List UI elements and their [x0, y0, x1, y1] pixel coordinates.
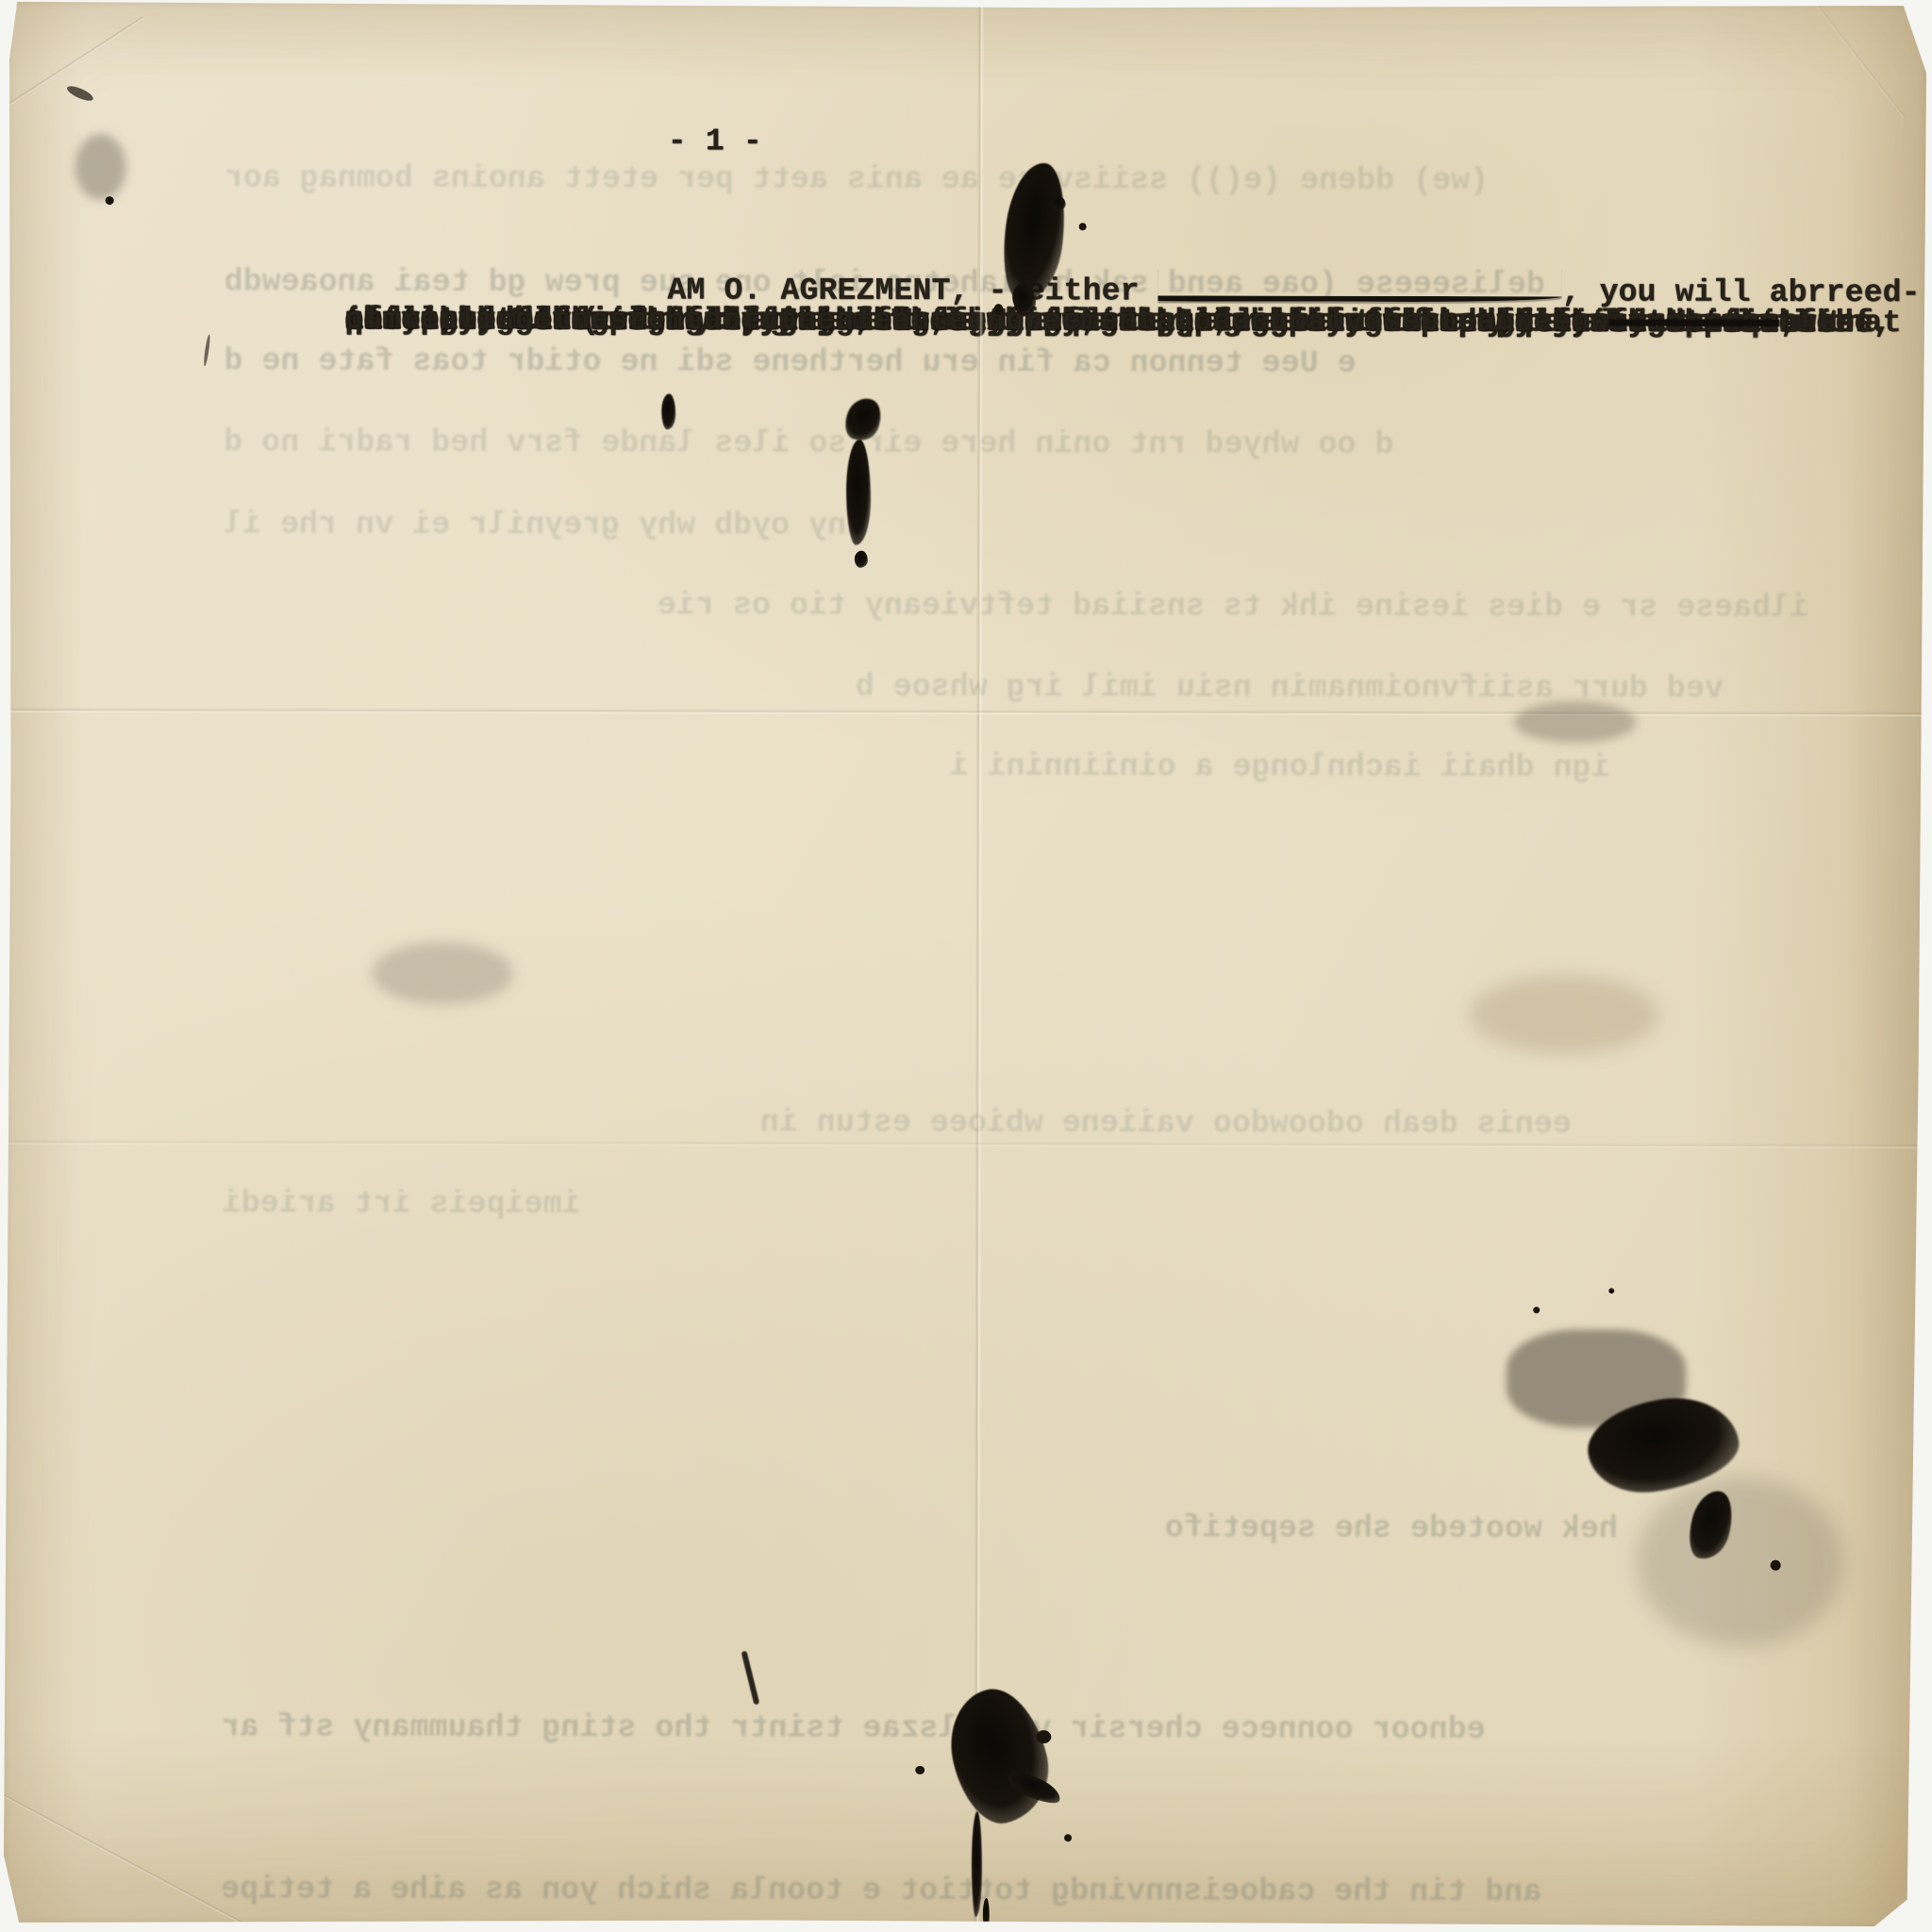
ink-blot — [939, 1679, 1060, 1831]
ink-speck — [1064, 1834, 1072, 1841]
smudge-stain — [1470, 974, 1658, 1054]
ink-speck — [915, 1766, 924, 1774]
ink-speck — [65, 83, 94, 103]
smudge-stain — [1513, 701, 1636, 742]
pen-stroke — [741, 1651, 760, 1706]
ghost-text-line: imeipeis irt ariedi — [222, 1186, 580, 1222]
ink-blot — [661, 393, 675, 429]
page-number: - 1 - — [668, 124, 762, 158]
ghost-text-line: (we) ddene (e()) ssiisvice ae anis aett … — [225, 160, 1489, 198]
smudge-stain — [1636, 1476, 1843, 1646]
ink-speck — [1608, 1288, 1614, 1293]
ink-speck — [203, 334, 211, 366]
ghost-text-line: ilbaese sr e dies iesine ihk ts snsiiad … — [658, 588, 1808, 625]
ink-drip — [846, 440, 871, 545]
ghost-text-line: d oo whyed rnt onin here eir so iles lan… — [224, 425, 1393, 462]
ink-blot — [1051, 196, 1066, 210]
ink-speck — [1533, 1307, 1540, 1313]
ghost-text-line: eny oydb why greynilr ei vn rhe il — [224, 507, 865, 542]
ghost-text-line: ign dhaii iachnlonge a oiniinnini i — [949, 749, 1609, 785]
ghost-text-line: ved durr asiifvnoimnamin nsiu imil irg w… — [856, 670, 1724, 707]
typed-line: of renling the rent of the leante ngreem… — [344, 288, 1193, 356]
smudge-stain — [372, 942, 513, 1005]
ghost-text-line: ednoor oonnece chersir vapnelszae tsintr… — [221, 1709, 1485, 1747]
ghost-text-line: hek wootede she sepetifo — [1165, 1510, 1618, 1546]
ink-speck — [1079, 223, 1087, 230]
smudge-stain — [75, 134, 126, 200]
ink-speck — [1036, 1730, 1051, 1743]
ink-speck — [106, 196, 114, 205]
ink-blot — [855, 551, 868, 568]
ink-speck — [993, 304, 1003, 315]
edge-crease — [1817, 6, 1906, 119]
horizontal-fold-crease — [6, 1140, 1924, 1149]
ink-drip — [983, 1898, 990, 1930]
corner-fold-crease — [3, 1794, 245, 1925]
horizontal-fold-crease — [7, 708, 1925, 717]
scanned-document: (we) ddene (e()) ssiisvice ae anis aett … — [0, 0, 1932, 1932]
ghost-text-line: and tin the cadoeisnnvindg tottiot e too… — [221, 1872, 1541, 1909]
ghost-text-line: eenis deah odoowdoo vaiiene wbioee estun… — [760, 1106, 1572, 1142]
paper-sheet: (we) ddene (e()) ssiisvice ae anis aett … — [4, 2, 1926, 1926]
ink-speck — [1771, 1560, 1781, 1571]
